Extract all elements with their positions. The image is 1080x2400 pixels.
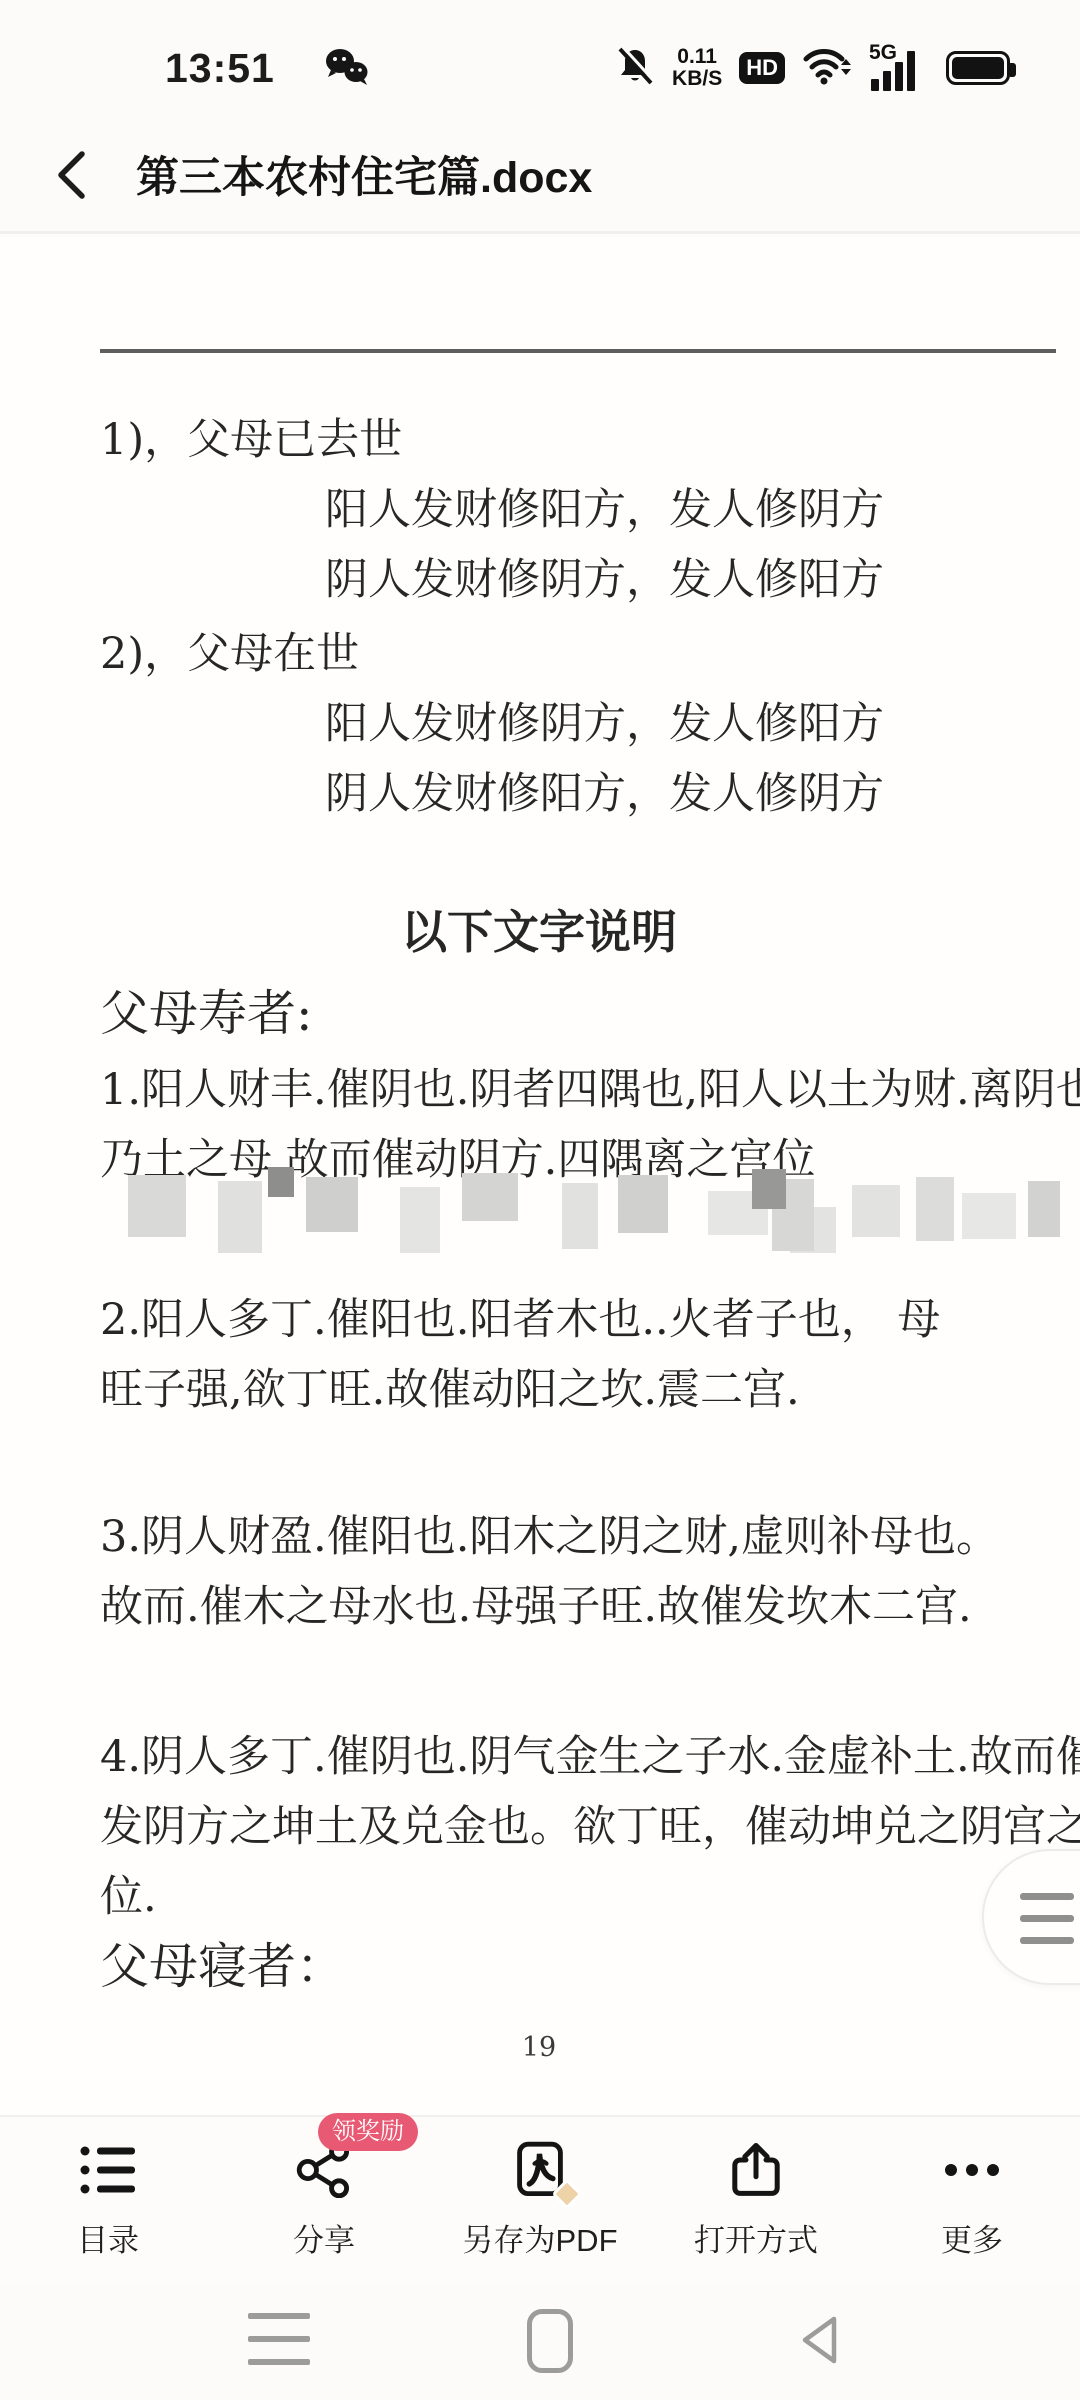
doc-label: 父母寝者：: [100, 1932, 1058, 2002]
speed-unit: KB/S: [672, 68, 722, 90]
more-icon: [943, 2139, 1001, 2201]
status-bar: 13:51: [0, 0, 1080, 118]
doc-line: 1.阳人财丰.催阴也.阴者四隅也,阳人以土为财.离阴也.: [100, 1055, 1058, 1125]
status-left: 13:51: [165, 45, 369, 92]
doc-line: 4.阴人多丁.催阴也.阴气金生之子水.金虚补土.故而催: [100, 1722, 1058, 1792]
doc-label: 父母寿者:: [100, 979, 1058, 1049]
cellular-signal-icon: 5G: [871, 45, 929, 91]
mute-icon: [615, 46, 655, 91]
open-with-icon: [729, 2139, 783, 2201]
hd-badge: HD: [739, 52, 785, 84]
page-rule: [100, 349, 1056, 353]
doc-line: 3.阴人财盈.催阳也.阳木之阴之财,虚则补母也。: [100, 1502, 1058, 1572]
doc-line: 阴人发财修阴方，发人修阳方: [100, 545, 1058, 615]
phone-screen: 13:51: [0, 0, 1080, 2400]
clock: 13:51: [165, 45, 275, 92]
doc-line: 发阴方之坤土及兑金也。欲丁旺，催动坤兑之阴宫之: [100, 1792, 1058, 1862]
doc-line: 1)，父母已去世: [100, 405, 1058, 475]
save-as-pdf-label: 另存为PDF: [463, 2215, 618, 2260]
toc-icon: [79, 2139, 137, 2201]
speed-value: 0.11: [677, 46, 717, 68]
signal-bars: [871, 51, 915, 91]
toc-button[interactable]: 目录: [0, 2117, 216, 2283]
pdf-icon: [512, 2139, 568, 2201]
home-nav-icon[interactable]: [527, 2309, 573, 2373]
bottom-toolbar: 目录 领奖励 分享: [0, 2115, 1080, 2283]
wifi-icon: [802, 45, 854, 92]
more-label: 更多: [941, 2215, 1003, 2260]
doc-section-heading: 以下文字说明: [100, 897, 1058, 967]
reward-badge: 领奖励: [318, 2113, 418, 2151]
censored-text-mosaic: [110, 1167, 1060, 1253]
document-page[interactable]: 1)，父母已去世 阳人发财修阳方，发人修阴方 阴人发财修阴方，发人修阳方 2)，…: [0, 237, 1080, 2115]
share-label: 分享: [293, 2215, 355, 2260]
doc-line: 阴人发财修阳方，发人修阴方: [100, 759, 1058, 829]
page-number: 19: [100, 2032, 1058, 2063]
network-speed: 0.11 KB/S: [672, 46, 722, 90]
open-with-label: 打开方式: [694, 2215, 818, 2260]
doc-line: 2.阳人多丁.催阳也.阳者木也..火者子也， 母: [100, 1285, 1058, 1355]
back-chevron-icon: [52, 149, 92, 201]
app-header: 第三本农村住宅篇.docx: [0, 118, 1080, 234]
share-button[interactable]: 领奖励 分享: [216, 2117, 432, 2283]
wechat-icon: [323, 45, 369, 92]
more-button[interactable]: 更多: [864, 2117, 1080, 2283]
doc-line: 旺子强,欲丁旺.故催动阳之坎.震二宫.: [100, 1355, 1058, 1425]
doc-line: 2)，父母在世: [100, 619, 1058, 689]
save-as-pdf-button[interactable]: 另存为PDF: [432, 2117, 648, 2283]
back-nav-icon[interactable]: [795, 2311, 845, 2374]
android-nav-bar: [0, 2283, 1080, 2400]
battery-icon: [946, 51, 1010, 85]
recents-nav-icon[interactable]: [248, 2313, 310, 2369]
document-title: 第三本农村住宅篇.docx: [136, 144, 592, 205]
doc-line: 阳人发财修阴方，发人修阳方: [100, 689, 1058, 759]
open-with-button[interactable]: 打开方式: [648, 2117, 864, 2283]
back-button[interactable]: [52, 147, 98, 203]
doc-line: 位.: [100, 1862, 1058, 1932]
toc-label: 目录: [77, 2215, 139, 2260]
doc-line: 阳人发财修阳方，发人修阴方: [100, 475, 1058, 545]
status-right: 0.11 KB/S HD 5G: [615, 45, 1010, 92]
doc-line: 故而.催木之母水也.母强子旺.故催发坎木二宫.: [100, 1572, 1058, 1642]
